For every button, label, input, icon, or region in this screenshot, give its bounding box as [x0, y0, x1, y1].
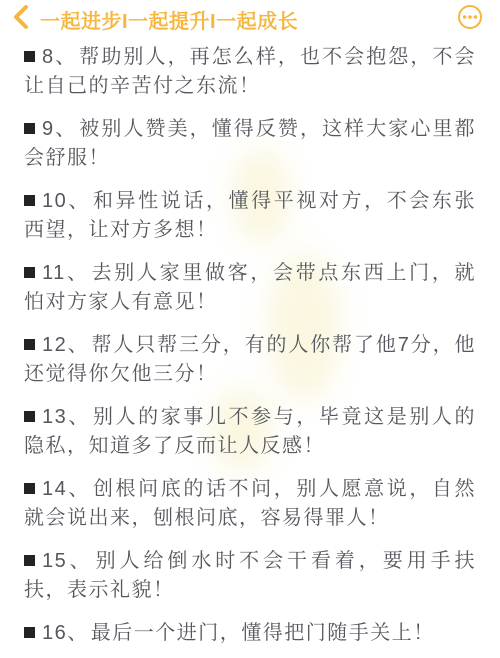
item-text: 和异性说话，懂得平视对方，不会东张西望，让对方多想！ — [24, 190, 476, 241]
bullet-square-icon — [24, 339, 35, 350]
item-number: 9、 — [42, 118, 77, 140]
list-item: 9、被别人赞美，懂得反赞，这样大家心里都会舒服！ — [24, 115, 476, 173]
bullet-square-icon — [24, 627, 35, 638]
list-item: 15、别人给倒水时不会干看着，要用手扶扶，表示礼貌！ — [24, 547, 476, 605]
chevron-left-icon — [12, 4, 30, 35]
bullet-square-icon — [24, 195, 35, 206]
bullet-square-icon — [24, 555, 35, 566]
item-text: 别人的家事儿不参与，毕竟这是别人的隐私，知道多了反而让人反感！ — [24, 406, 476, 457]
list-item: 14、创根问底的话不问，别人愿意说，自然就会说出来，刨根问底，容易得罪人！ — [24, 475, 476, 533]
list-item: 16、最后一个进门，懂得把门随手关上！ — [24, 619, 476, 648]
item-number: 8、 — [42, 46, 77, 68]
list-item: 13、别人的家事儿不参与，毕竟这是别人的隐私，知道多了反而让人反感！ — [24, 403, 476, 461]
item-number: 15、 — [42, 550, 94, 572]
item-text: 去别人家里做客，会带点东西上门，就怕对方家人有意见！ — [24, 262, 476, 313]
item-number: 14、 — [42, 478, 91, 500]
bullet-square-icon — [24, 411, 35, 422]
list-item: 8、帮助别人，再怎么样，也不会抱怨，不会让自己的辛苦付之东流！ — [24, 43, 476, 101]
bullet-square-icon — [24, 123, 35, 134]
item-number: 12、 — [42, 334, 90, 356]
bullet-square-icon — [24, 483, 35, 494]
more-options-button[interactable] — [456, 5, 484, 33]
list-item: 11、去别人家里做客，会带点东西上门，就怕对方家人有意见！ — [24, 259, 476, 317]
item-text: 帮助别人，再怎么样，也不会抱怨，不会让自己的辛苦付之东流！ — [24, 46, 476, 97]
page-title: 一起进步I一起提升I一起成长 — [40, 5, 456, 34]
ellipsis-circle-icon — [457, 4, 483, 35]
item-number: 11、 — [42, 262, 90, 284]
item-text: 帮人只帮三分，有的人你帮了他7分，他还觉得你欠他三分！ — [24, 334, 476, 385]
bullet-square-icon — [24, 51, 35, 62]
back-button[interactable] — [8, 5, 34, 33]
page: 一起进步I一起提升I一起成长 8、帮助别人，再怎么样，也不会抱怨，不会让自己的辛… — [0, 0, 500, 658]
header-bar: 一起进步I一起提升I一起成长 — [0, 0, 500, 38]
item-text: 创根问底的话不问，别人愿意说，自然就会说出来，刨根问底，容易得罪人！ — [24, 478, 476, 529]
item-text: 最后一个进门，懂得把门随手关上！ — [91, 622, 435, 644]
item-number: 13、 — [42, 406, 91, 428]
item-text: 被别人赞美，懂得反赞，这样大家心里都会舒服！ — [24, 118, 476, 169]
bullet-square-icon — [24, 267, 35, 278]
item-number: 16、 — [42, 622, 89, 644]
list-item: 10、和异性说话，懂得平视对方，不会东张西望，让对方多想！ — [24, 187, 476, 245]
item-number: 10、 — [42, 190, 91, 212]
list-item: 12、帮人只帮三分，有的人你帮了他7分，他还觉得你欠他三分！ — [24, 331, 476, 389]
quote-list: 8、帮助别人，再怎么样，也不会抱怨，不会让自己的辛苦付之东流！9、被别人赞美，懂… — [0, 38, 500, 648]
